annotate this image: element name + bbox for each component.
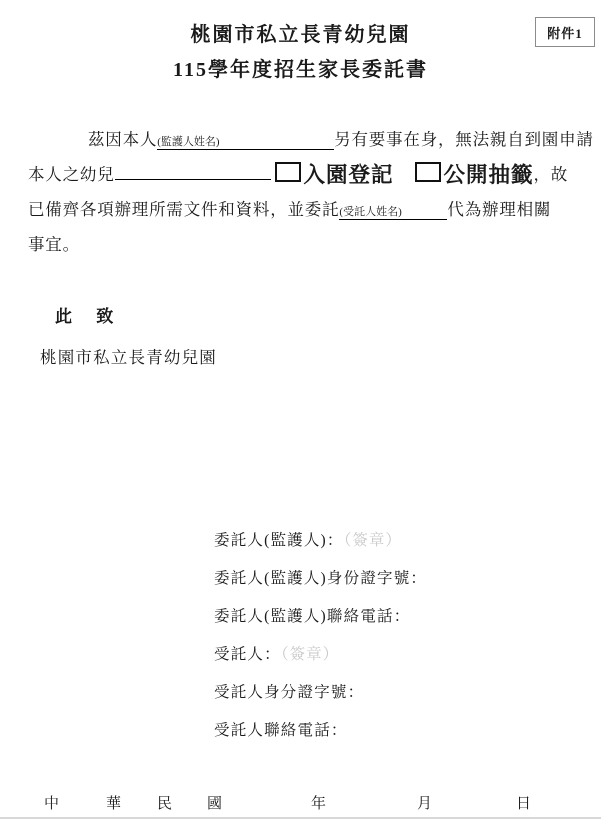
- principal-phone-label: 委託人(監護人)聯絡電話：: [214, 608, 410, 625]
- line3-tail-text: 代為辦理相關: [447, 200, 551, 219]
- trustee-phone-label: 受託人聯絡電話：: [214, 722, 348, 739]
- salutation: 此 致: [55, 302, 123, 327]
- date-char-hua: 華: [106, 792, 121, 813]
- line2-lead-text: 本人之幼兒: [28, 165, 115, 184]
- trustee-name-blank[interactable]: (受託人姓名): [339, 205, 447, 220]
- trustee-phone-line: 受託人聯絡電話：: [214, 720, 427, 758]
- principal-signature-line: 委託人(監護人)：（簽章）: [214, 530, 427, 568]
- line1-rest-text: 另有要事在身，無法親自到園申請: [334, 130, 594, 149]
- paragraph-line-4: 事宜。: [28, 227, 578, 262]
- principal-id-line: 委託人(監護人)身份證字號：: [214, 568, 427, 606]
- title-block: 桃園市私立長青幼兒園 115學年度招生家長委託書: [0, 18, 601, 88]
- trustee-id-line: 受託人身分證字號：: [214, 682, 427, 720]
- principal-phone-line: 委託人(監護人)聯絡電話：: [214, 606, 427, 644]
- date-char-guo: 國: [207, 792, 222, 813]
- public-lottery-label: 公開抽籤: [443, 163, 533, 187]
- line1-lead-text: 茲因本人: [88, 130, 157, 149]
- guardian-name-blank-label: (監護人姓名): [157, 136, 219, 148]
- document-title-school: 桃園市私立長青幼兒園: [0, 18, 601, 53]
- paragraph-line-3: 已備齊各項辦理所需文件和資料，並委託(受託人姓名)代為辦理相關: [28, 192, 578, 227]
- principal-id-label: 委託人(監護人)身份證字號：: [214, 570, 427, 587]
- public-lottery-checkbox[interactable]: [415, 162, 441, 182]
- paragraph-line-2: 本人之幼兒 入園登記公開抽籤，故: [28, 157, 578, 192]
- trustee-signature-line: 受託人：（簽章）: [214, 644, 427, 682]
- trustee-id-label: 受託人身分證字號：: [214, 684, 364, 701]
- date-char-day: 日: [516, 792, 531, 813]
- line4-text: 事宜。: [28, 235, 80, 254]
- paragraph-line-1: 茲因本人(監護人姓名)另有要事在身，無法親自到園申請: [28, 122, 578, 157]
- enrollment-registration-checkbox[interactable]: [275, 162, 301, 182]
- document-title-form: 115學年度招生家長委託書: [0, 53, 601, 88]
- line2-tail-text: ，故: [533, 165, 568, 184]
- child-name-blank[interactable]: [115, 179, 271, 180]
- enrollment-registration-label: 入園登記: [303, 163, 393, 187]
- page-bottom-edge: [0, 817, 601, 819]
- date-char-min: 民: [157, 792, 172, 813]
- date-char-month: 月: [417, 792, 432, 813]
- principal-signature-label: 委託人(監護人)：: [214, 532, 344, 549]
- principal-seal-hint: （簽章）: [344, 532, 402, 549]
- date-char-year: 年: [311, 792, 326, 813]
- signature-block: 委託人(監護人)：（簽章） 委託人(監護人)身份證字號： 委託人(監護人)聯絡電…: [214, 530, 427, 758]
- trustee-name-blank-label: (受託人姓名): [339, 206, 401, 218]
- document-page: 附件1 桃園市私立長青幼兒園 115學年度招生家長委託書 茲因本人(監護人姓名)…: [0, 0, 601, 822]
- line3-lead-text: 已備齊各項辦理所需文件和資料，並委託: [28, 200, 339, 219]
- date-char-zhong: 中: [44, 792, 59, 813]
- body-paragraph: 茲因本人(監護人姓名)另有要事在身，無法親自到園申請 本人之幼兒 入園登記公開抽…: [28, 122, 578, 262]
- trustee-seal-hint: （簽章）: [281, 646, 339, 663]
- trustee-signature-label: 受託人：: [214, 646, 281, 663]
- addressee-school-name: 桃園市私立長青幼兒園: [40, 344, 217, 368]
- guardian-name-blank[interactable]: (監護人姓名): [157, 135, 334, 150]
- roc-date-line: 中 華 民 國 年 月 日: [0, 792, 601, 812]
